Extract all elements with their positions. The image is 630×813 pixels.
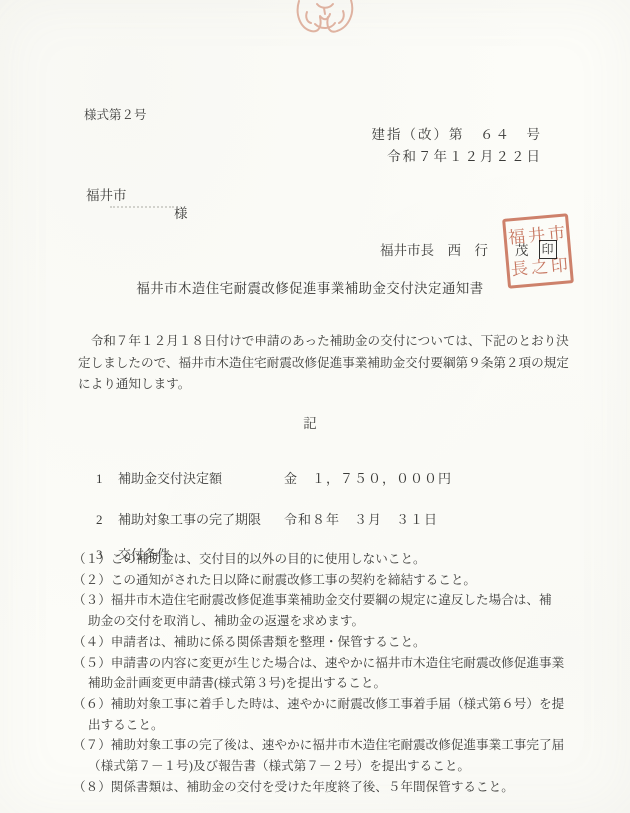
item-number: 1 xyxy=(96,471,118,487)
condition-item-2: （２）この通知がされた日以降に耐震改修工事の契約を締結すること。 xyxy=(73,570,612,591)
addressee-honorific: 様 xyxy=(174,202,188,222)
condition-item-4: （４）申請者は、補助に係る関係書類を整理・保管すること。 xyxy=(73,632,612,653)
body-paragraph: 令和７年１２月１８日付けで申請のあった補助金の交付については、下記のとおり決 定… xyxy=(78,331,569,396)
redacted-name-area xyxy=(110,206,174,211)
form-number: 様式第２号 xyxy=(84,105,147,123)
item-number: 2 xyxy=(96,512,118,528)
condition-item-7: （７）補助対象工事の完了後は、速やかに福井市木造住宅耐震改修促進事業工事完了届 … xyxy=(73,735,612,776)
condition-item-6: （６）補助対象工事に着手した時は、速やかに耐震改修工事着手届（様式第６号）を提 … xyxy=(73,694,612,735)
condition-item-8: （８）関係書類は、補助金の交付を受けた年度終了後、５年間保管すること。 xyxy=(73,777,612,798)
item-value: 令和８年 ３月 ３１日 xyxy=(284,512,438,527)
item-label: 補助対象工事の完了期限 xyxy=(118,509,284,528)
item-value: 金 １，７５０，０００円 xyxy=(284,471,452,486)
scanned-document-page: 様式第２号 建指（改）第 ６４ 号 令和７年１２月２２日 福井市 様 福井市長 … xyxy=(0,0,630,813)
record-marker: 記 xyxy=(0,412,620,432)
seal-text-row2: 長之印 xyxy=(507,255,571,279)
seal-text-row1: 福井市 xyxy=(504,223,568,247)
header-right-block: 建指（改）第 ６４ 号 令和７年１２月２２日 xyxy=(372,124,543,167)
addressee-city: 福井市 xyxy=(86,184,127,204)
reference-number: 建指（改）第 ６４ 号 xyxy=(372,124,543,146)
conditions-list: （１）この補助金は、交付目的以外の目的に使用しないこと。 （２）この通知がされた… xyxy=(73,549,612,797)
condition-item-1: （１）この補助金は、交付目的以外の目的に使用しないこと。 xyxy=(73,549,612,570)
mayor-seal-stamp: 福井市 長之印 xyxy=(502,213,574,288)
issue-date: 令和７年１２月２２日 xyxy=(372,146,543,168)
condition-item-5: （５）申請書の内容に変更が生じた場合は、速やかに福井市木造住宅耐震改修促進事業 … xyxy=(73,653,612,694)
item-label: 補助金交付決定額 xyxy=(118,468,284,487)
condition-item-3: （３）福井市木造住宅耐震改修促進事業補助金交付要綱の規定に違反した場合は、補 助… xyxy=(73,590,612,631)
partial-stamp-mark-icon xyxy=(293,0,357,40)
